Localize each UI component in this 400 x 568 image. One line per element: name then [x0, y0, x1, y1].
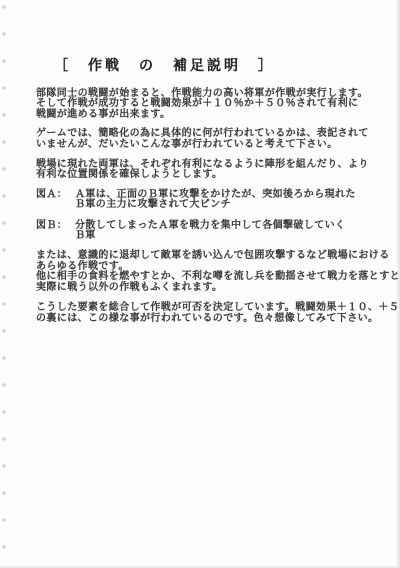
text-line: 戦闘が進める事が出来ます。 — [36, 110, 370, 120]
text-line: 分散してしまったＡ軍を戦力を集中して各個撃破していく — [75, 221, 370, 231]
text-line: Ｂ軍 — [75, 231, 370, 241]
paragraph-other-tactics: または、意識的に退却して敵軍を誘い込んで包囲攻撃するなど戦場における あらゆる作… — [36, 251, 370, 293]
paragraph-conclusion: こうした要素を総合して作戦が可否を決定しています。戦闘効果＋１０、＋５０ の裏に… — [36, 303, 370, 324]
text-line: Ｂ軍の主力に攻撃されて大ピンチ — [75, 200, 370, 210]
page-content: ［ 作戦 の 補足説明 ］ 部隊同士の戦闘が始まると、作戦能力の高い将軍が作戦が… — [36, 55, 370, 333]
figure-b-row: 図Ｂ： 分散してしまったＡ軍を戦力を集中して各個撃破していく Ｂ軍 — [36, 221, 370, 242]
scanned-page: ［ 作戦 の 補足説明 ］ 部隊同士の戦闘が始まると、作戦能力の高い将軍が作戦が… — [0, 0, 400, 568]
text-line: 実際に戦う以外の作戦もふくまれます。 — [36, 283, 370, 293]
text-line: の裏には、この様な事が行われているのです。色々想像してみて下さい。 — [36, 314, 370, 324]
paragraph-battlefield-positioning: 戦場に現れた両軍は、それぞれ有利になるように陣形を組んだり、より 有利な位置関係… — [36, 160, 370, 181]
figure-a-label: 図Ａ： — [36, 190, 75, 211]
figure-a-row: 図Ａ： Ａ軍は、正面のＢ軍に攻撃をかけたが、突如後ろから現れた Ｂ軍の主力に攻撃… — [36, 190, 370, 211]
paragraph-game-abstraction: ゲームでは、簡略化の為に具体的に何が行われているかは、表記されて いませんが、だ… — [36, 129, 370, 150]
page-edge-shadow-right — [396, 0, 400, 568]
figure-b-description: 分散してしまったＡ軍を戦力を集中して各個撃破していく Ｂ軍 — [75, 221, 370, 242]
text-line: こうした要素を総合して作戦が可否を決定しています。戦闘効果＋１０、＋５０ — [36, 303, 370, 313]
page-title: ［ 作戦 の 補足説明 ］ — [54, 55, 370, 75]
figure-b-label: 図Ｂ： — [36, 221, 75, 242]
figure-a-description: Ａ軍は、正面のＢ軍に攻撃をかけたが、突如後ろから現れた Ｂ軍の主力に攻撃されて大… — [75, 190, 370, 211]
text-line: いませんが、だいたいこんな事が行われていると考えて下さい。 — [36, 140, 370, 150]
text-line: 有利な位置関係を確保しようとします。 — [36, 170, 370, 180]
binding-holes-edge — [0, 0, 10, 568]
paragraph-combat-intro: 部隊同士の戦闘が始まると、作戦能力の高い将軍が作戦が実行します。 そして作戦が成… — [36, 89, 370, 120]
